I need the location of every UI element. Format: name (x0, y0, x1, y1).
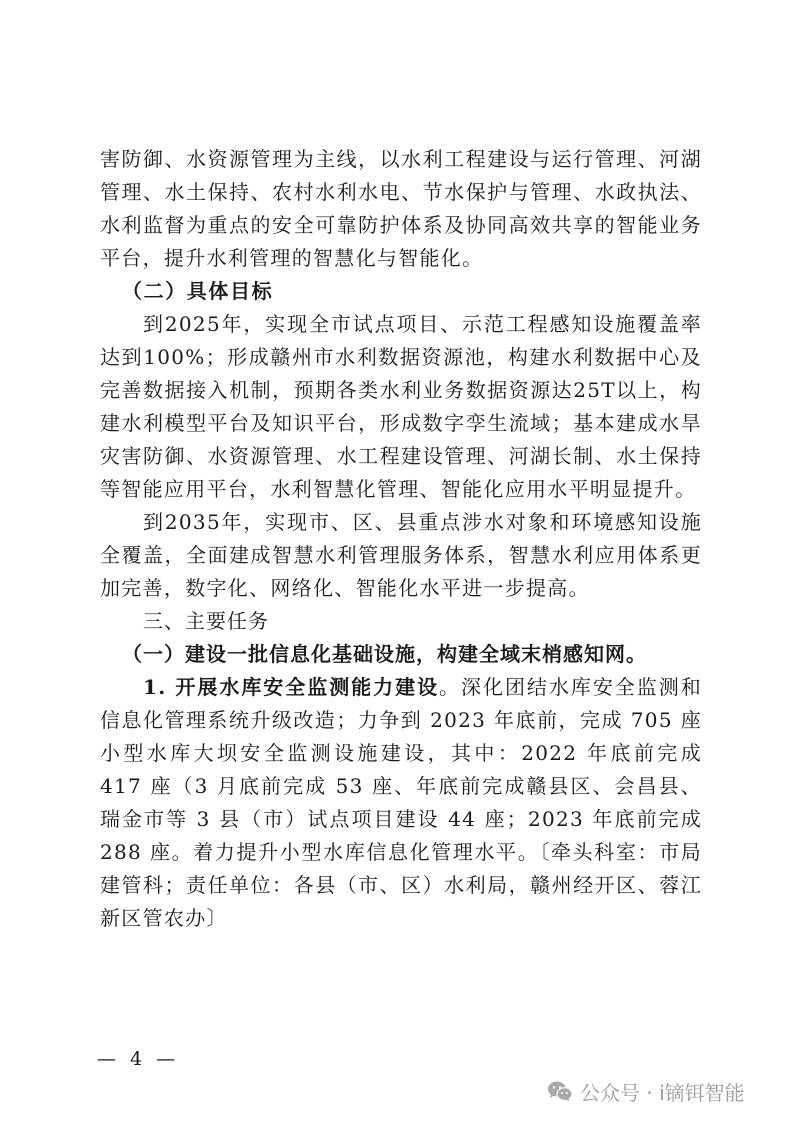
wechat-icon (547, 1080, 573, 1102)
page-number: — 4 — (97, 1048, 179, 1070)
paragraph-goal-2025: 到2025年，实现全市试点项目、示范工程感知设施覆盖率达到100%；形成赣州市水… (100, 308, 702, 506)
watermark-text: 公众号 · i镝铒智能 (580, 1077, 745, 1106)
reservoir-monitoring-lead: 1. 开展水库安全监测能力建设 (143, 675, 439, 699)
paragraph-goal-2035: 到2035年，实现市、区、县重点涉水对象和环境感知设施全覆盖，全面建成智慧水利管… (100, 506, 702, 605)
paragraph-reservoir-monitoring: 1. 开展水库安全监测能力建设。深化团结水库安全监测和信息化管理系统升级改造；力… (100, 671, 702, 935)
heading-main-tasks: 三、主要任务 (100, 605, 702, 638)
heading-task-infrastructure: （一）建设一批信息化基础设施，构建全域末梢感知网。 (100, 638, 702, 671)
document-body: 害防御、水资源管理为主线，以水利工程建设与运行管理、河湖管理、水土保持、农村水利… (100, 143, 702, 935)
paragraph-overall-goal-continued: 害防御、水资源管理为主线，以水利工程建设与运行管理、河湖管理、水土保持、农村水利… (100, 143, 702, 275)
wechat-watermark: 公众号 · i镝铒智能 (547, 1076, 745, 1106)
document-page: 害防御、水资源管理为主线，以水利工程建设与运行管理、河湖管理、水土保持、农村水利… (0, 0, 794, 1123)
reservoir-monitoring-body: 。深化团结水库安全监测和信息化管理系统升级改造；力争到 2023 年底前，完成 … (100, 675, 702, 930)
heading-specific-goals: （二）具体目标 (100, 275, 702, 308)
